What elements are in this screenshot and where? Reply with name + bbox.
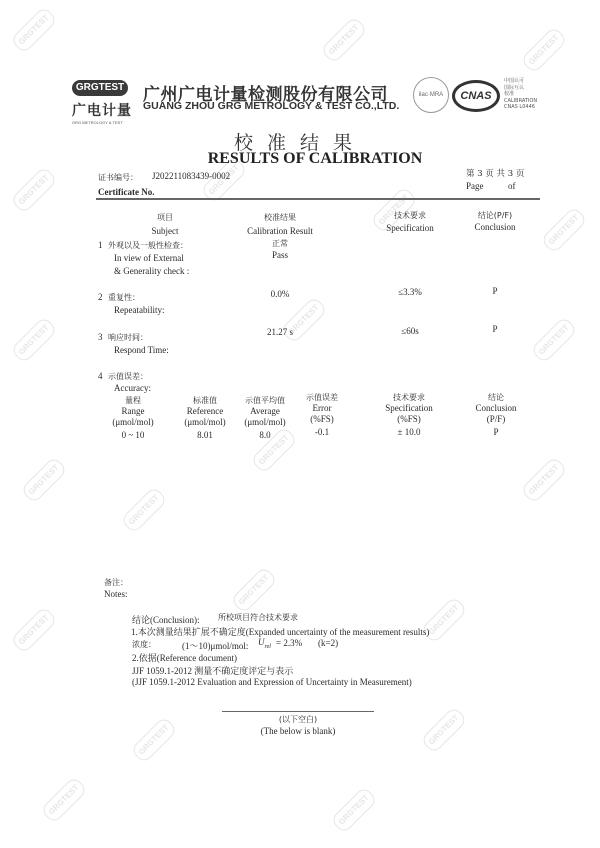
watermark: GRGTEST xyxy=(10,166,58,214)
accuracy-header-cell: 结论 xyxy=(466,392,526,403)
accuracy-data-cell: 8.01 xyxy=(180,430,230,440)
watermark: GRGTEST xyxy=(540,206,588,254)
notes-conc-label: 浓度： xyxy=(132,639,156,650)
accuracy-header-cell: 技术要求 xyxy=(374,392,444,403)
col-spec-cn: 技术要求 xyxy=(370,210,450,221)
notes-conclusion-text: 所校项目符合技术要求 xyxy=(218,612,298,623)
accuracy-header-cell: (%FS) xyxy=(296,414,348,424)
notes-label-en: Notes: xyxy=(104,589,128,599)
certificate-label-en: Certificate No. xyxy=(98,187,154,197)
accuracy-header-cell: 示值误差 xyxy=(296,392,348,403)
watermark: GRGTEST xyxy=(420,706,468,754)
item-spec: ≤3.3% xyxy=(370,287,450,297)
item-label-en: Respond Time: xyxy=(114,345,169,355)
watermark: GRGTEST xyxy=(40,776,88,824)
logo-subtitle: GRG METROLOGY & TEST xyxy=(72,120,123,125)
page-number-cn: 第 3 页 共 3 页 xyxy=(466,167,524,179)
col-conclusion-cn: 结论(P/F) xyxy=(460,210,530,221)
accuracy-data-cell: 0 ~ 10 xyxy=(108,430,158,440)
notes-line-3: JJF 1059.1-2012 测量不确定度评定与表示 xyxy=(132,664,293,677)
item-label-cn: 示值误差： xyxy=(108,371,148,382)
accuracy-header-cell: Specification xyxy=(374,403,444,413)
accuracy-header-cell: (μmol/mol) xyxy=(180,417,230,427)
accuracy-data-cell: -0.1 xyxy=(296,427,348,437)
item-number: 2 xyxy=(98,292,103,302)
certificate-label-cn: 证书编号： xyxy=(98,172,138,183)
col-subject-en: Subject xyxy=(130,226,200,236)
item-number: 1 xyxy=(98,240,103,250)
col-conclusion-en: Conclusion xyxy=(460,222,530,232)
header-divider xyxy=(96,198,540,200)
footer-divider xyxy=(222,711,374,712)
blank-note-en: (The below is blank) xyxy=(222,726,374,736)
col-subject-cn: 项目 xyxy=(130,212,200,223)
accuracy-header-cell: Error xyxy=(296,403,348,413)
accuracy-header-cell: 标准值 xyxy=(180,395,230,406)
accuracy-header-cell: Reference xyxy=(180,406,230,416)
notes-label-cn: 备注： xyxy=(104,577,128,588)
accuracy-header-cell: Range xyxy=(108,406,158,416)
item-label-en: In view of External xyxy=(114,253,184,263)
accuracy-header-cell: (%FS) xyxy=(374,414,444,424)
notes-urel: Urel xyxy=(258,637,271,650)
item-label-en: Repeatability: xyxy=(114,305,164,315)
watermark: GRGTEST xyxy=(330,786,378,834)
accuracy-header-cell: (μmol/mol) xyxy=(236,417,294,427)
page-number-of: of xyxy=(508,181,516,191)
page-title-en: RESULTS OF CALIBRATION xyxy=(0,150,600,168)
page-number-en: Page xyxy=(466,181,484,191)
notes-line-4: (JJF 1059.1-2012 Evaluation and Expressi… xyxy=(132,677,412,687)
watermark: GRGTEST xyxy=(20,456,68,504)
logo-chinese-name: 广电计量 xyxy=(72,100,132,120)
col-spec-en: Specification xyxy=(370,223,450,233)
item-label-cn: 外观以及一般性检查： xyxy=(108,240,188,251)
accuracy-data-cell: ± 10.0 xyxy=(374,427,444,437)
watermark: GRGTEST xyxy=(320,16,368,64)
watermark: GRGTEST xyxy=(130,716,178,764)
notes-urel-value: = 2.3% xyxy=(276,638,302,648)
notes-k: (k=2) xyxy=(318,638,338,648)
blank-note-cn: (以下空白) xyxy=(222,714,374,725)
accuracy-header-cell: Conclusion xyxy=(466,403,526,413)
company-logo: GRGTEST xyxy=(72,80,128,96)
accuracy-header-cell: Average xyxy=(236,406,294,416)
accuracy-data-cell: P xyxy=(466,427,526,437)
item-number: 3 xyxy=(98,332,103,342)
notes-line-1: 1.本次测量结果扩展不确定度(Expanded uncertainty of t… xyxy=(131,625,429,638)
accuracy-data-cell: 8.0 xyxy=(236,430,294,440)
item-label-en: & Generality check : xyxy=(114,266,189,276)
item-label-en: Accuracy: xyxy=(114,383,151,393)
watermark: GRGTEST xyxy=(10,316,58,364)
certificate-number: J202211083439-0002 xyxy=(152,171,230,181)
accuracy-header-cell: (μmol/mol) xyxy=(108,417,158,427)
item-number: 4 xyxy=(98,371,103,381)
accuracy-header-cell: 示值平均值 xyxy=(236,395,294,406)
watermark: GRGTEST xyxy=(530,316,578,364)
col-result-en: Calibration Result xyxy=(240,226,320,236)
item-result: 21.27 s xyxy=(240,327,320,337)
item-result-cn: 正常 xyxy=(240,238,320,249)
watermark: GRGTEST xyxy=(120,486,168,534)
watermark: GRGTEST xyxy=(230,566,278,614)
accuracy-header-cell: 量程 xyxy=(108,395,158,406)
notes-line-2: 2.依据(Reference document) xyxy=(132,651,237,664)
item-conclusion: P xyxy=(460,286,530,296)
cnas-logo: CNAS xyxy=(452,80,500,112)
col-result-cn: 校准结果 xyxy=(240,212,320,223)
watermark: GRGTEST xyxy=(520,26,568,74)
item-label-cn: 重复性： xyxy=(108,292,140,303)
item-label-cn: 响应时间： xyxy=(108,332,148,343)
accuracy-header-cell: (P/F) xyxy=(466,414,526,424)
urel-subscript: rel xyxy=(265,644,271,650)
item-result-en: Pass xyxy=(240,250,320,260)
ilac-mra-logo: ilac·MRA xyxy=(413,77,449,113)
cnas-line: CNAS L0446 xyxy=(504,104,537,111)
item-conclusion: P xyxy=(460,324,530,334)
watermark: GRGTEST xyxy=(10,6,58,54)
watermark: GRGTEST xyxy=(10,606,58,654)
company-name-en: GUANG ZHOU GRG METROLOGY & TEST CO.,LTD. xyxy=(143,100,399,112)
cnas-accreditation-text: 中国认可 国际互认 校准 CALIBRATION CNAS L0446 xyxy=(504,78,537,111)
item-result: 0.0% xyxy=(240,289,320,299)
item-spec: ≤60s xyxy=(370,326,450,336)
watermark: GRGTEST xyxy=(520,456,568,504)
